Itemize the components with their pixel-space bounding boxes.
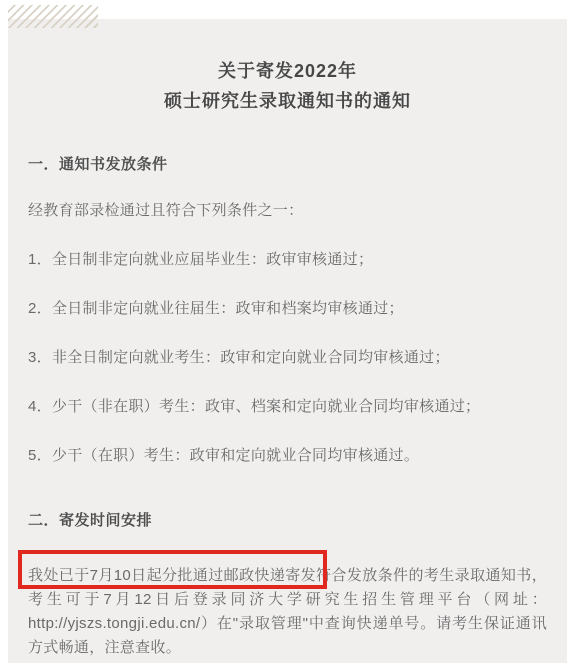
section1-heading: 一．通知书发放条件 — [28, 153, 547, 177]
condition-item-2: 2．全日制非定向就业往届生：政审和档案均审核通过； — [28, 297, 547, 321]
notice-page: 关于寄发2022年 硕士研究生录取通知书的通知 一．通知书发放条件 经教育部录检… — [0, 0, 585, 663]
condition-item-3: 3．非全日制定向就业考生：政审和定向就业合同均审核通过； — [28, 346, 547, 370]
document-title-line1: 关于寄发2022年 — [28, 56, 547, 86]
condition-item-4: 4．少干（非在职）考生：政审、档案和定向就业合同均审核通过； — [28, 395, 547, 419]
corner-hatch-decoration — [8, 5, 98, 28]
section1-intro: 经教育部录检通过且符合下列条件之一： — [28, 199, 547, 223]
section2-heading: 二．寄发时间安排 — [28, 509, 547, 533]
red-highlight-box — [18, 550, 327, 589]
condition-item-5: 5．少干（在职）考生：政审和定向就业合同均审核通过。 — [28, 444, 547, 468]
condition-item-1: 1．全日制非定向就业应届毕业生：政审审核通过； — [28, 248, 547, 272]
document-title-line2: 硕士研究生录取通知书的通知 — [28, 86, 547, 116]
document-title: 关于寄发2022年 硕士研究生录取通知书的通知 — [28, 56, 547, 116]
